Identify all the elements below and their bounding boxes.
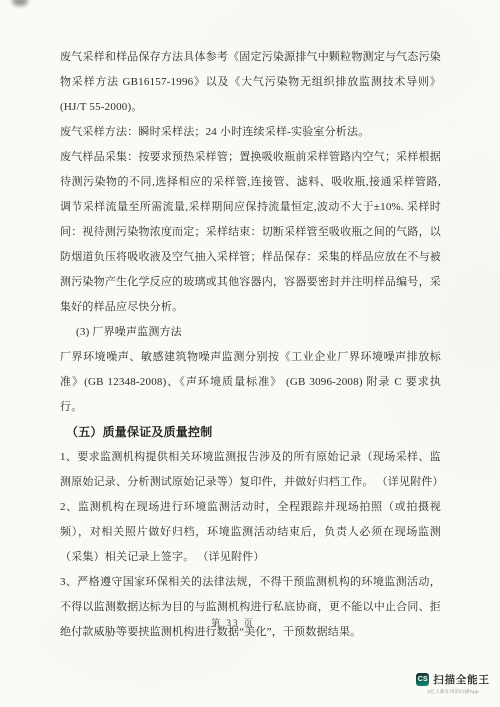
scanned-document-page: 废气采样和样品保存方法具体参考《固定污染源排气中颗粒物测定与气态污染物采样方法 … bbox=[0, 0, 500, 707]
document-text-column: 废气采样和样品保存方法具体参考《固定污染源排气中颗粒物测定与气态污染物采样方法 … bbox=[60, 45, 441, 645]
camscanner-tagline: 3亿人都在用的扫描App bbox=[427, 688, 479, 695]
body-paragraph: 2、监测机构在现场进行环境监测活动时，全程跟踪并现场拍照（或拍摄视频），对相关照… bbox=[60, 495, 441, 570]
camscanner-logo-row: CS 扫描全能王 bbox=[416, 672, 490, 687]
body-paragraph: 厂界环境噪声、敏感建筑物噪声监测分别按《工业企业厂界环境噪声排放标准》(GB 1… bbox=[60, 345, 441, 420]
camscanner-logo-icon: CS bbox=[416, 673, 429, 686]
body-paragraph: 1、要求监测机构提供相关环境监测报告涉及的所有原始记录（现场采样、监测原始记录、… bbox=[60, 445, 441, 495]
section-number-heading: (3) 厂界噪声监测方法 bbox=[60, 320, 441, 345]
scan-artifact-smudge bbox=[12, 0, 28, 6]
page-number: 第 33 页 bbox=[0, 616, 466, 629]
body-paragraph: 废气采样和样品保存方法具体参考《固定污染源排气中颗粒物测定与气态污染物采样方法 … bbox=[60, 45, 441, 120]
section-heading: （五）质量保证及质量控制 bbox=[60, 420, 441, 445]
body-paragraph: 废气样品采集：按要求预热采样管；置换吸收瓶前采样管路内空气；采样根据待测污染物的… bbox=[60, 145, 441, 320]
camscanner-app-name: 扫描全能王 bbox=[433, 672, 490, 687]
camscanner-watermark: CS 扫描全能王 3亿人都在用的扫描App bbox=[415, 672, 491, 698]
body-paragraph: 废气采样方法：瞬时采样法；24 小时连续采样-实验室分析法。 bbox=[60, 120, 441, 145]
body-paragraph: 3、严格遵守国家环保相关的法律法规，不得干预监测机构的环境监测活动，不得以监测数… bbox=[60, 570, 441, 645]
